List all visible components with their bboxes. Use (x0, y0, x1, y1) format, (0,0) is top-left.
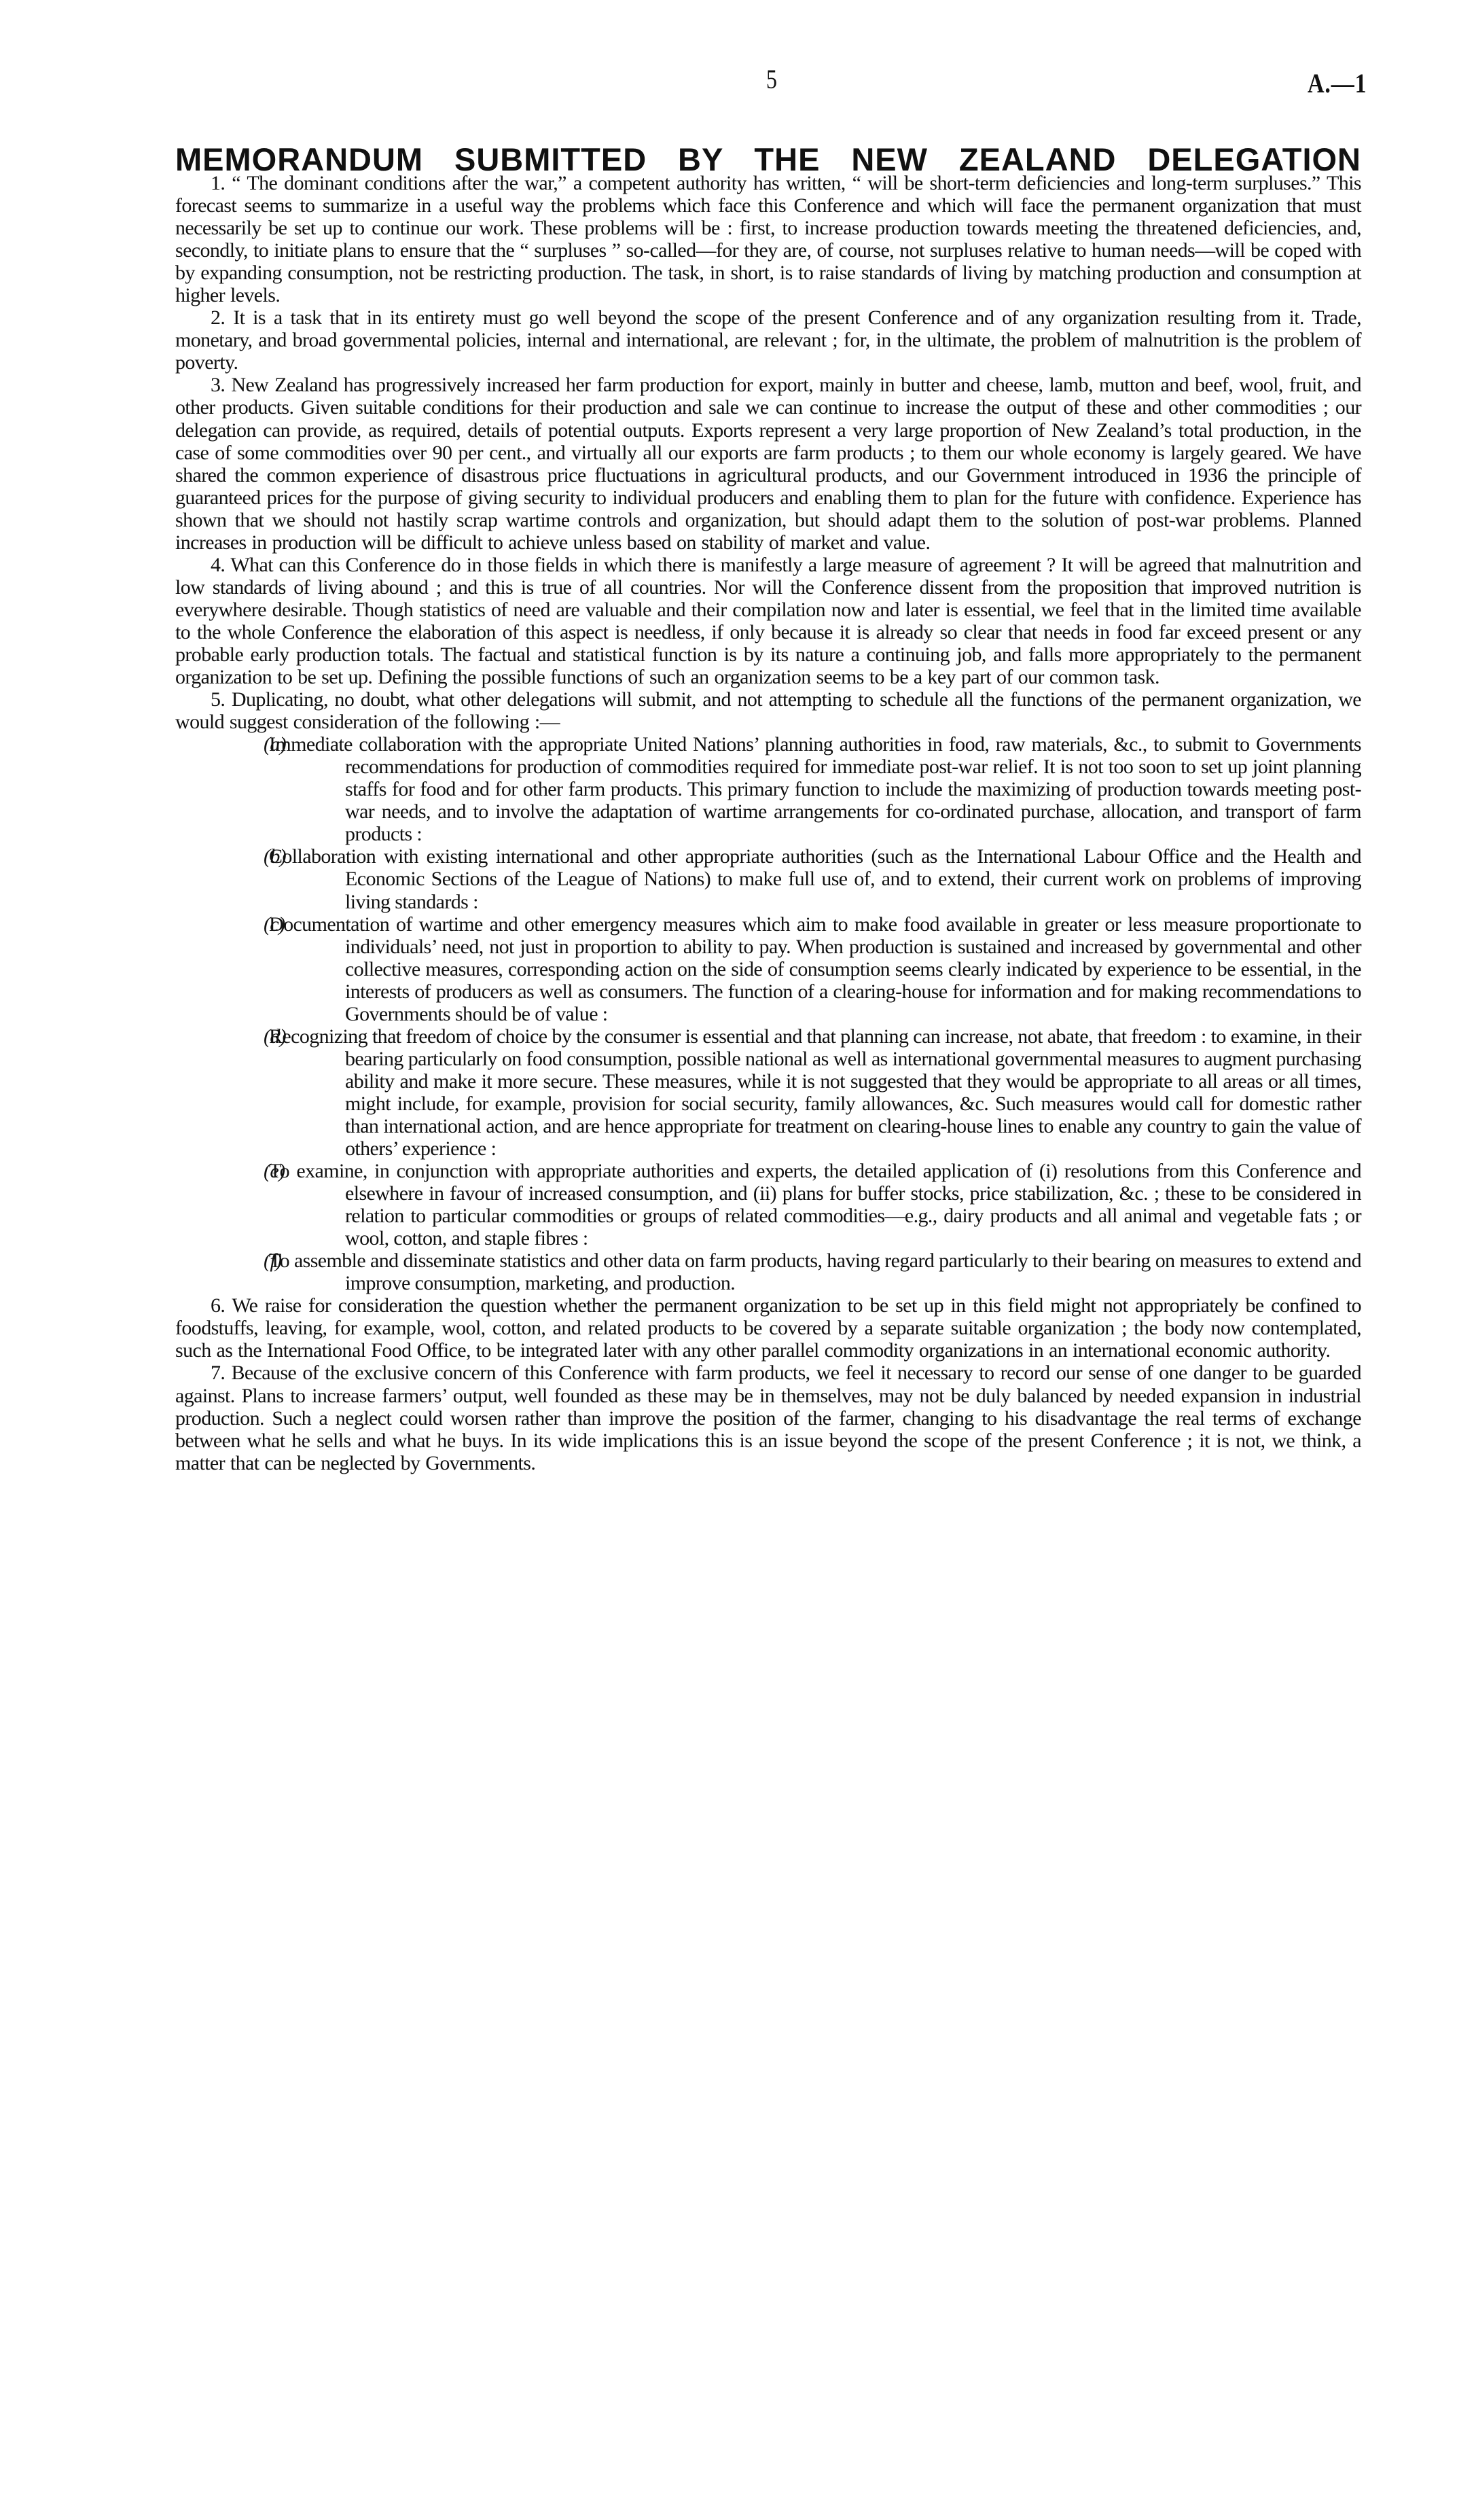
function-label-text: (f) (264, 1249, 282, 1272)
function-item-b: (b) Collaboration with existing internat… (175, 845, 1361, 912)
paragraph-2: 2. It is a task that in its entirety mus… (175, 306, 1361, 374)
paragraph-number: 6. (211, 1294, 225, 1317)
paragraph-7: 7. Because of the exclusive concern of t… (175, 1362, 1361, 1474)
function-text: Immediate collaboration with the appropr… (345, 733, 1361, 845)
function-item-a: (a) Immediate collaboration with the app… (175, 733, 1361, 845)
function-text: To examine, in conjunction with appropri… (345, 1160, 1361, 1249)
suggested-functions-list: (a) Immediate collaboration with the app… (175, 733, 1361, 1294)
paragraph-number: 2. (211, 306, 225, 329)
function-item-c: (c) Documentation of wartime and other e… (175, 913, 1361, 1025)
function-label-text: (d) (264, 1025, 286, 1048)
paragraph-text: Because of the exclusive concern of this… (175, 1362, 1361, 1474)
paragraph-text: It is a task that in its entirety must g… (175, 306, 1361, 374)
function-text: To assemble and disseminate statistics a… (345, 1249, 1361, 1294)
function-label: (e) (264, 1160, 285, 1182)
paragraph-6: 6. We raise for consideration the questi… (175, 1294, 1361, 1362)
function-label-text: (a) (264, 733, 286, 756)
memorandum-body: 1. “ The dominant conditions after the w… (175, 172, 1361, 1474)
function-label: (a) (264, 733, 286, 756)
paragraph-number: 7. (211, 1362, 225, 1384)
document-reference: A.—1 (1308, 67, 1367, 101)
function-text: Collaboration with existing internationa… (345, 845, 1361, 912)
paragraph-number: 5. (211, 688, 225, 711)
function-label-text: (b) (264, 845, 286, 868)
paragraph-number: 4. (211, 554, 225, 576)
function-label: (b) (264, 845, 286, 868)
paragraph-number: 3. (211, 374, 225, 396)
paragraph-number: 1. (211, 172, 225, 194)
paragraph-4: 4. What can this Conference do in those … (175, 554, 1361, 688)
page-header: 5 A.—1 (0, 63, 1476, 103)
function-item-f: (f) To assemble and disseminate statisti… (175, 1249, 1361, 1294)
function-label-text: (e) (264, 1160, 285, 1182)
function-label: (d) (264, 1025, 286, 1048)
paragraph-1: 1. “ The dominant conditions after the w… (175, 172, 1361, 306)
paragraph-text: “ The dominant conditions after the war,… (175, 172, 1361, 306)
function-text: Recognizing that freedom of choice by th… (345, 1025, 1361, 1160)
function-item-e: (e) To examine, in conjunction with appr… (175, 1160, 1361, 1249)
function-label: (f) (264, 1249, 282, 1272)
paragraph-text: Duplicating, no doubt, what other delega… (175, 688, 1361, 733)
function-label: (c) (264, 913, 285, 936)
page-number: 5 (766, 63, 777, 96)
paragraph-text: New Zealand has progressively increased … (175, 374, 1361, 553)
paragraph-5: 5. Duplicating, no doubt, what other del… (175, 688, 1361, 733)
function-text: Documentation of wartime and other emerg… (345, 913, 1361, 1025)
paragraph-text: We raise for consideration the question … (175, 1294, 1361, 1362)
function-item-d: (d) Recognizing that freedom of choice b… (175, 1025, 1361, 1160)
paragraph-text: What can this Conference do in those fie… (175, 554, 1361, 688)
paragraph-3: 3. New Zealand has progressively increas… (175, 374, 1361, 553)
function-label-text: (c) (264, 913, 285, 936)
